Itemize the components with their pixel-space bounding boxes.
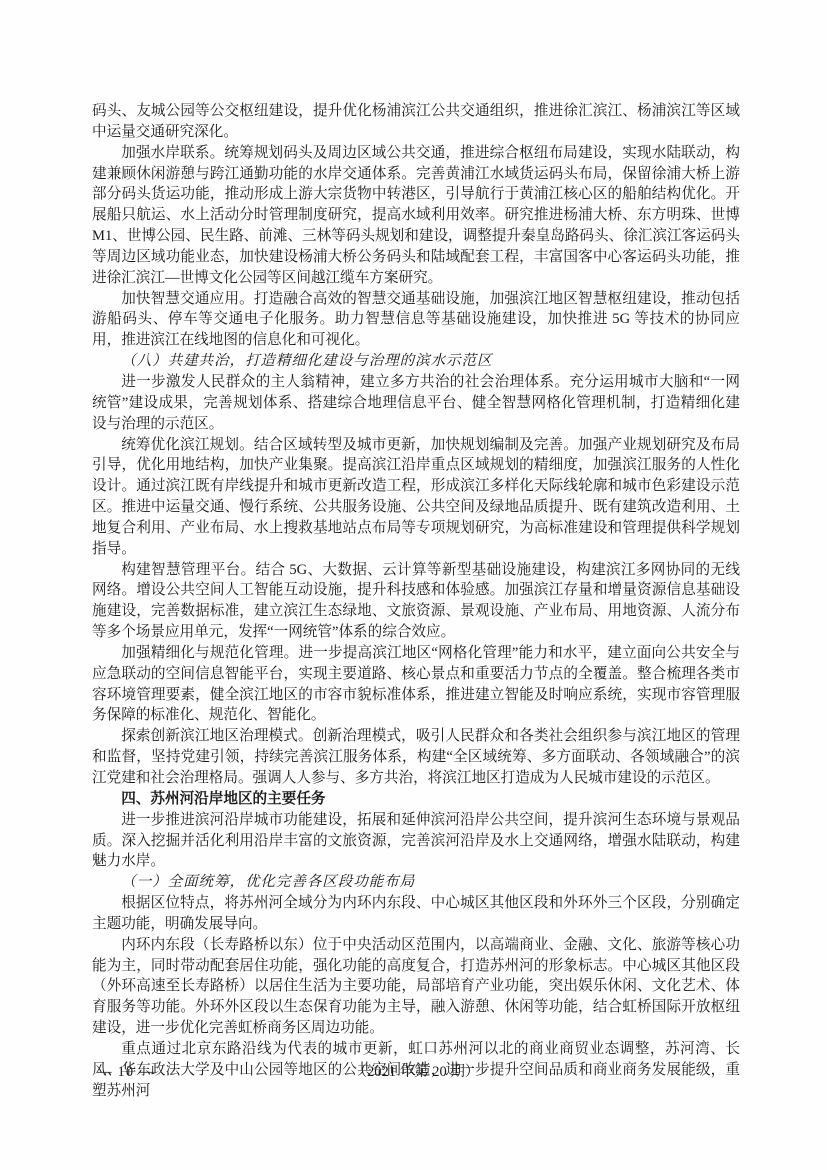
chapter-heading: 四、苏州河沿岸地区的主要任务 bbox=[92, 789, 740, 810]
paragraph: 探索创新滨江地区治理模式。创新治理模式，吸引人民群众和各类社会组织参与滨江地区的… bbox=[92, 726, 740, 789]
paragraph: 加强精细化与规范化管理。进一步提高滨江地区“网格化管理”能力和水平，建立面向公共… bbox=[92, 643, 740, 726]
paragraph: 进一步推进滨河沿岸城市功能建设，拓展和延伸滨河沿岸公共空间，提升滨河生态环境与景… bbox=[92, 810, 740, 873]
document-page: 码头、友城公园等公交枢纽建设，提升优化杨浦滨江公共交通组织，推进徐汇滨江、杨浦滨… bbox=[0, 0, 827, 1170]
issue-label: （2021 年第 20 期） bbox=[92, 1062, 740, 1083]
subsection-heading: （八）共建共治，打造精细化建设与治理的滨水示范区 bbox=[92, 351, 740, 372]
paragraph: 构建智慧管理平台。结合 5G、大数据、云计算等新型基础设施建设，构建滨江多网协同… bbox=[92, 560, 740, 643]
subsection-heading: （一）全面统筹，优化完善各区段功能布局 bbox=[92, 872, 740, 893]
page-footer: — 10 — （2021 年第 20 期） bbox=[92, 1062, 740, 1083]
page-number: — 10 — bbox=[97, 1062, 155, 1083]
paragraph: 加强水岸联系。统筹规划码头及周边区域公共交通，推进综合枢纽布局建设，实现水陆联动… bbox=[92, 143, 740, 289]
paragraph: 内环内东段（长寿路桥以东）位于中央活动区范围内，以高端商业、金融、文化、旅游等核… bbox=[92, 935, 740, 1039]
paragraph: 根据区位特点，将苏州河全域分为内环内东段、中心城区其他区段和外环外三个区段，分别… bbox=[92, 893, 740, 935]
paragraph: 统筹优化滨江规划。结合区域转型及城市更新，加快规划编制及完善。加强产业规划研究及… bbox=[92, 435, 740, 560]
paragraph: 加快智慧交通应用。打造融合高效的智慧交通基础设施，加强滨江地区智慧枢纽建设，推动… bbox=[92, 289, 740, 352]
paragraph-continuation: 码头、友城公园等公交枢纽建设，提升优化杨浦滨江公共交通组织，推进徐汇滨江、杨浦滨… bbox=[92, 101, 740, 143]
paragraph: 进一步激发人民群众的主人翁精神，建立多方共治的社会治理体系。充分运用城市大脑和“… bbox=[92, 372, 740, 435]
document-body: 码头、友城公园等公交枢纽建设，提升优化杨浦滨江公共交通组织，推进徐汇滨江、杨浦滨… bbox=[92, 101, 740, 1102]
